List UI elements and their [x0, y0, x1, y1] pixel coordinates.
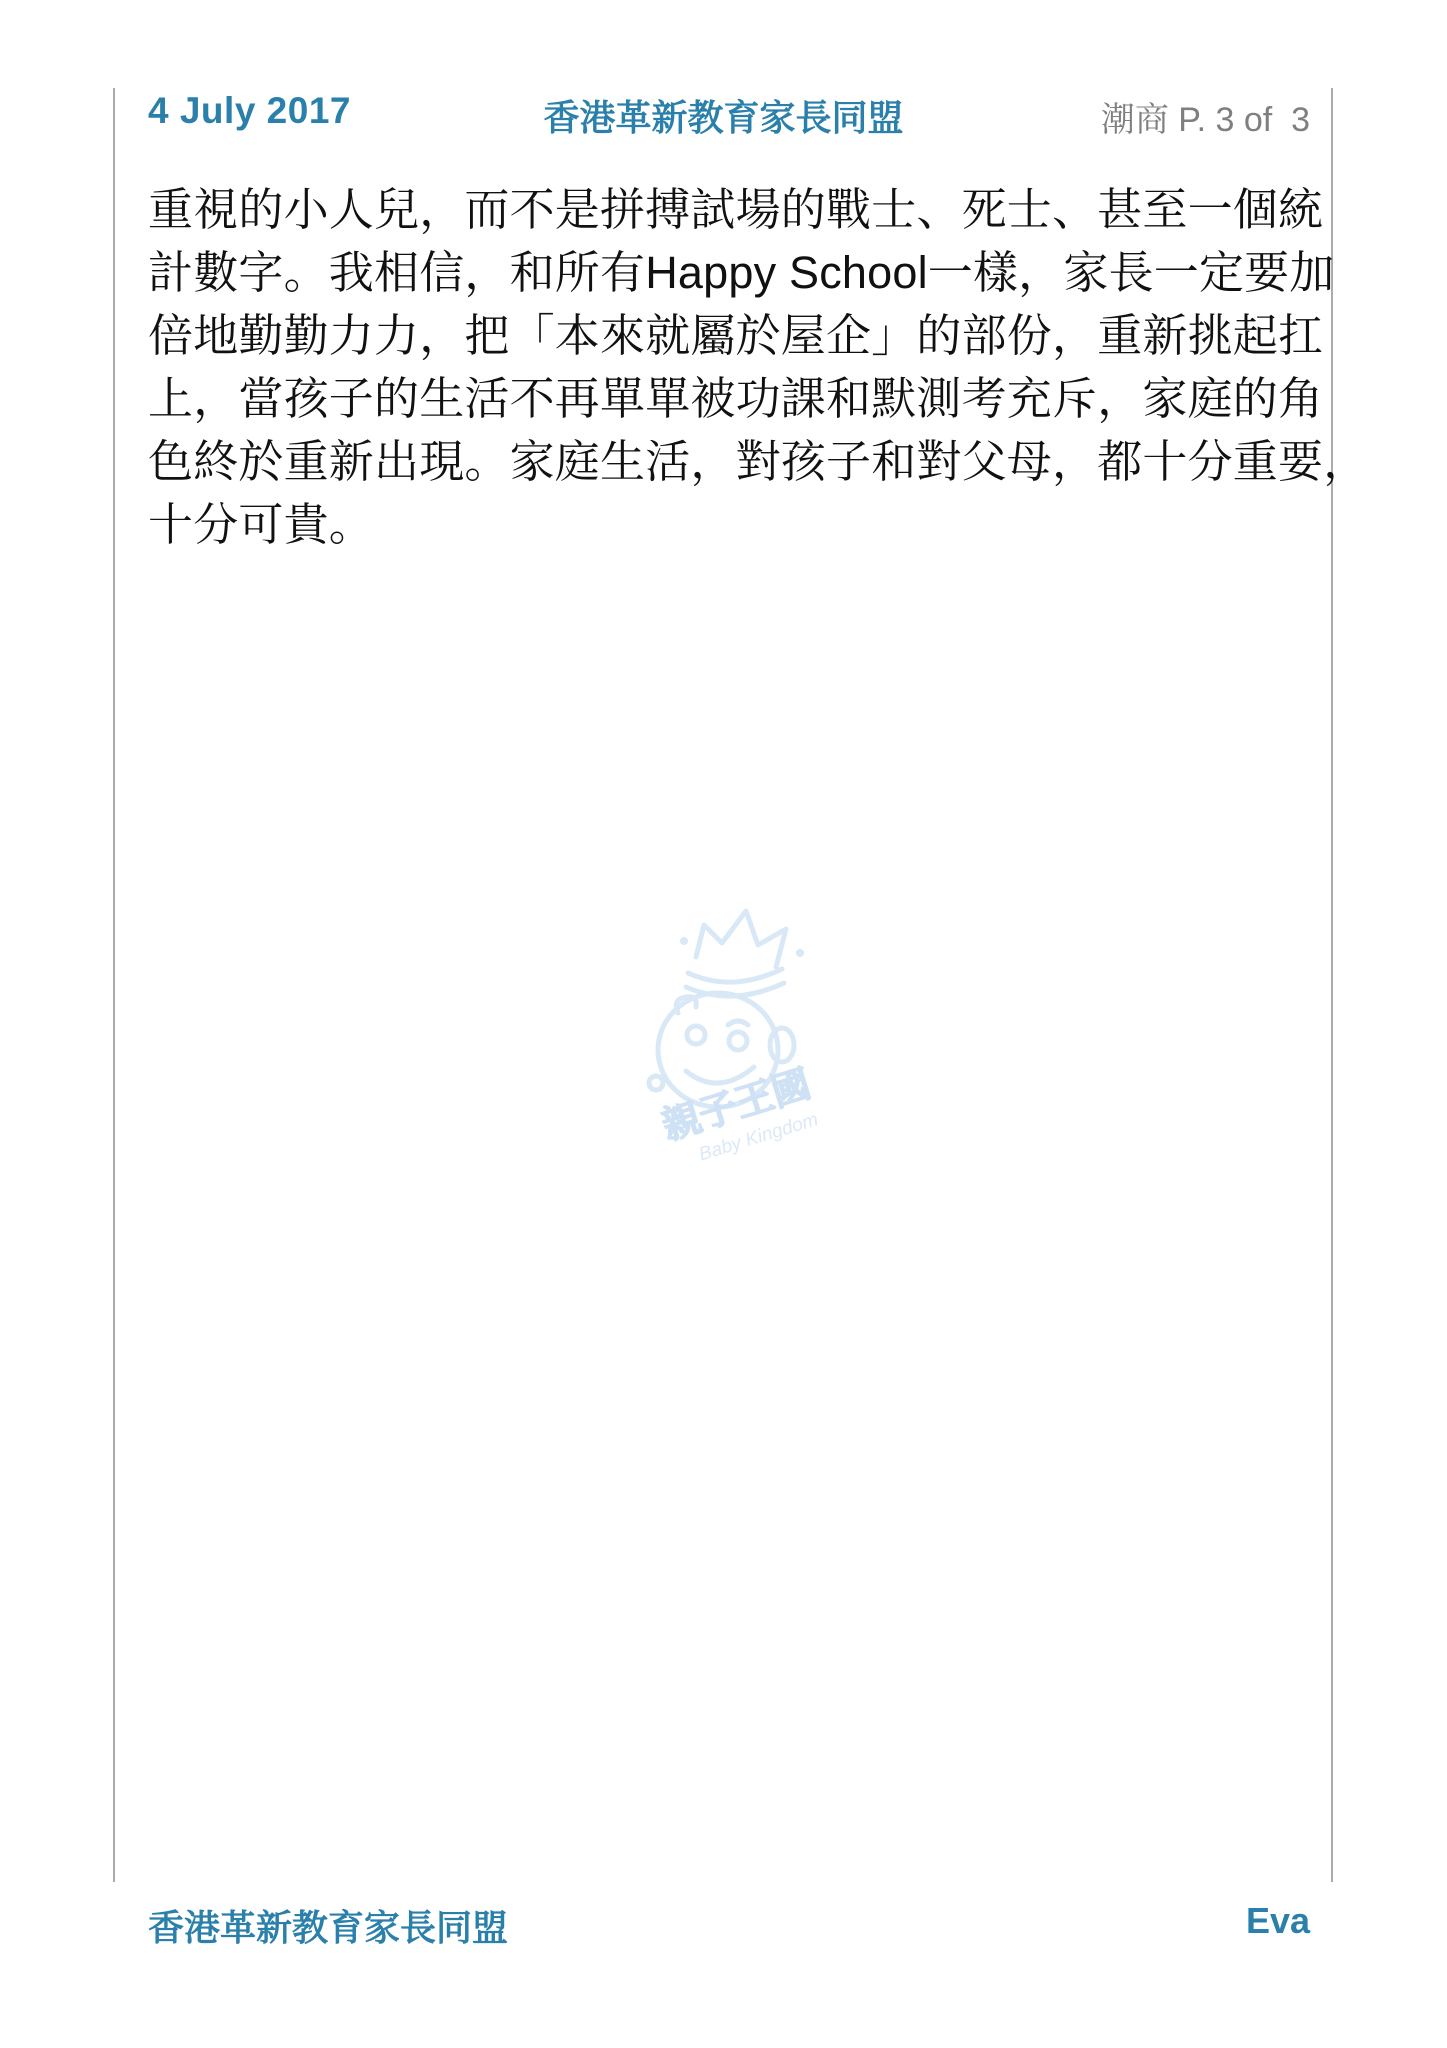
footer-author: Eva	[1246, 1900, 1310, 1942]
page-border-right	[1331, 88, 1333, 1882]
body-line: 上，當孩子的生活不再單單被功課和默測考充斥，家庭的角	[148, 367, 1311, 430]
body-line: 色終於重新出現。家庭生活，對孩子和對父母，都十分重要，	[148, 430, 1311, 493]
baby-face-crown-icon: 親子王國 Baby Kingdom	[600, 895, 850, 1160]
watermark-chinese-text: 親子王國	[658, 1063, 816, 1148]
body-line: 十分可貴。	[148, 493, 1311, 556]
body-line: 倍地勤勤力力，把「本來就屬於屋企」的部份，重新挑起扛	[148, 304, 1311, 367]
body-line: 計數字。我相信，和所有Happy School一樣，家長一定要加	[148, 241, 1311, 304]
footer-organization: 香港革新教育家長同盟	[148, 1900, 508, 1951]
document-page: 4 July 2017 香港革新教育家長同盟 潮商 P. 3 of 3 重視的小…	[0, 0, 1447, 2048]
watermark-english-text: Baby Kingdom	[696, 1109, 820, 1160]
article-body: 重視的小人兒，而不是拼搏試場的戰士、死士、甚至一個統 計數字。我相信，和所有Ha…	[148, 178, 1311, 556]
page-border-left	[113, 88, 115, 1882]
header-source-page-number: 潮商 P. 3 of 3	[1101, 92, 1310, 141]
body-line: 重視的小人兒，而不是拼搏試場的戰士、死士、甚至一個統	[148, 178, 1311, 241]
baby-kingdom-watermark-logo: 親子王國 Baby Kingdom	[600, 895, 850, 1160]
